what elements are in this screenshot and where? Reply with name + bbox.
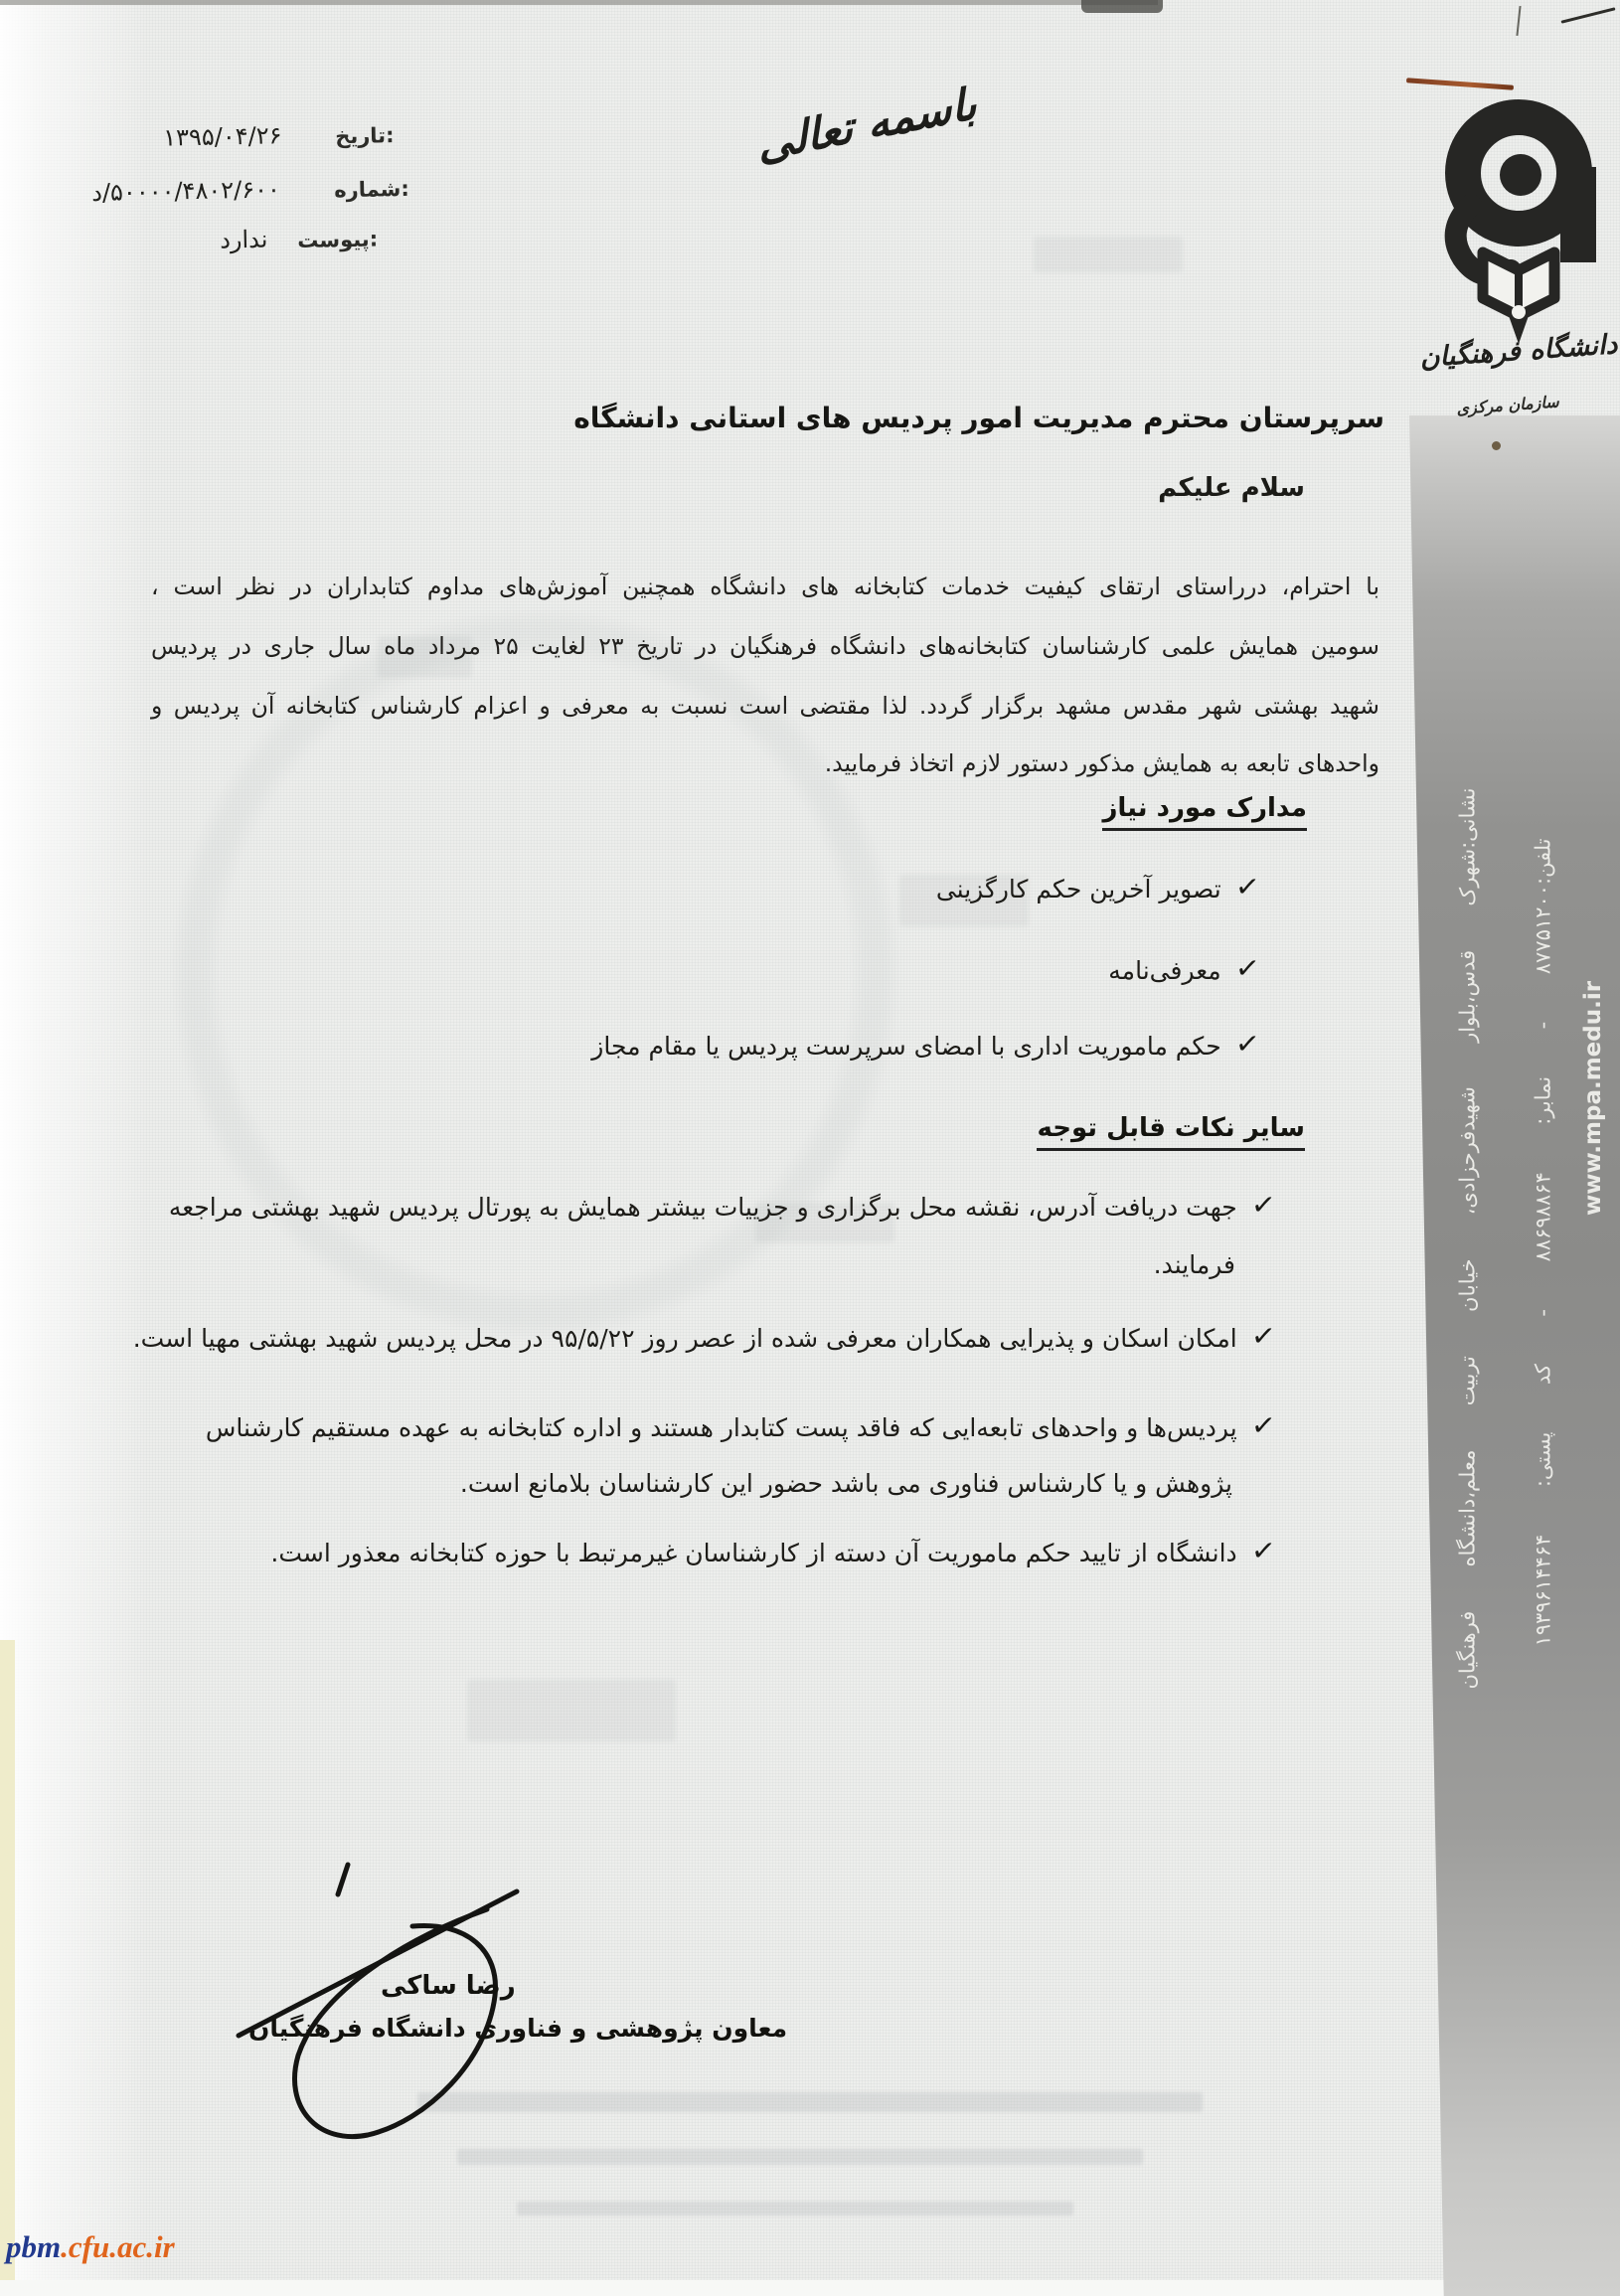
corner-scan-streak <box>1516 6 1521 36</box>
org-website: www.mpa.medu.ir <box>1578 1021 1608 1216</box>
watermark-suffix: .cfu.ac.ir <box>61 2229 175 2264</box>
checkmark-icon: ✓ <box>1249 1190 1276 1221</box>
doc-item-3: ✓ حکم ماموریت اداری با امضای سرپرست پردی… <box>591 1030 1259 1064</box>
number-value: ۵۰۰۰۰/۴۸۰۲/۶۰۰/د <box>91 175 280 207</box>
handwritten-signature <box>199 1847 616 2165</box>
scan-left-yellow-edge <box>0 1640 15 2296</box>
checkmark-icon: ✓ <box>1249 1536 1276 1566</box>
note-3-line-2: پژوهش و یا کارشناس فناوری می باشد حضور ا… <box>460 1469 1232 1498</box>
checkmark-icon: ✓ <box>1233 953 1260 984</box>
note-3-line-1: پردیس‌ها و واحدهای تابعه‌ایی که فاقد پست… <box>206 1411 1237 1445</box>
note-2-text: امکان اسکان و پذیرایی همکاران معرفی شده … <box>133 1322 1237 1356</box>
bleed-through-text-line <box>517 2202 1073 2215</box>
section-required-docs-title: مدارک مورد نیاز <box>1102 793 1307 831</box>
doc-item-2: ✓ معرفی‌نامه <box>1108 954 1259 988</box>
date-value: ۱۳۹۵/۰۴/۲۶ <box>163 121 282 151</box>
section-other-notes-title: سایر نکات قابل توجه <box>1037 1113 1305 1151</box>
checkmark-icon: ✓ <box>1249 1410 1276 1441</box>
note-1: ✓ جهت دریافت آدرس، نقشه محل برگزاری و جز… <box>169 1191 1275 1225</box>
salutation: سلام علیکم <box>1158 473 1305 503</box>
attachment-label: پیوست: <box>297 227 378 252</box>
signer-name: رضا ساکی <box>381 1971 516 2001</box>
note-3: ✓ پردیس‌ها و واحدهای تابعه‌ایی که فاقد پ… <box>206 1411 1275 1445</box>
site-watermark: pbm.cfu.ac.ir <box>6 2229 175 2265</box>
signer-title: معاون پژوهشی و فناوری دانشگاه فرهنگیان <box>248 2014 787 2043</box>
date-label: تاریخ: <box>335 123 395 148</box>
watermark-prefix: pbm <box>6 2229 61 2264</box>
doc-item-2-text: معرفی‌نامه <box>1108 954 1220 988</box>
checkmark-icon: ✓ <box>1249 1321 1276 1352</box>
number-label: شماره: <box>334 177 409 202</box>
org-phone-fax-postal: تلفن:۸۷۷۵۱۲۰۰ - نمابر: ۸۸۶۹۸۸۶۴ - کد پست… <box>1529 839 1558 1647</box>
checkmark-icon: ✓ <box>1233 1029 1260 1060</box>
paper-fleck <box>1492 441 1501 450</box>
note-4: ✓ دانشگاه از تایید حکم ماموریت آن دسته ا… <box>270 1537 1275 1570</box>
scan-left-edge <box>0 0 169 2296</box>
note-1-line-2: فرمایند. <box>1154 1250 1235 1279</box>
checkmark-icon: ✓ <box>1233 872 1260 902</box>
scan-artifact <box>467 1680 676 1741</box>
scan-artifact <box>1034 237 1183 272</box>
corner-pen-mark <box>1560 7 1615 23</box>
besmele-calligraphy: باسمه تعالی <box>733 74 1007 235</box>
note-1-line-1: جهت دریافت آدرس، نقشه محل برگزاری و جزیی… <box>169 1191 1237 1225</box>
scan-top-blob <box>1081 0 1163 13</box>
body-line-3: شهید بهشتی شهر مقدس مشهد برگزار گردد. لذ… <box>151 692 1379 736</box>
scanned-letter-page: نشانی:شهرک قدس،بلوار شهیدفرحزادی، خیابان… <box>0 0 1620 2296</box>
attachment-value: ندارد <box>220 226 268 254</box>
doc-item-3-text: حکم ماموریت اداری با امضای سرپرست پردیس … <box>591 1030 1220 1064</box>
body-line-2: سومین همایش علمی کارشناسان کتابخانه‌های … <box>151 632 1379 676</box>
note-4-text: دانشگاه از تایید حکم ماموریت آن دسته از … <box>270 1537 1236 1570</box>
body-line-4: واحدهای تابعه به همایش مذکور دستور لازم … <box>151 749 1379 793</box>
doc-item-1: ✓ تصویر آخرین حکم کارگزینی <box>936 873 1259 906</box>
letter-header-block: تاریخ: ۱۳۹۵/۰۴/۲۶ شماره: ۵۰۰۰۰/۴۸۰۲/۶۰۰/… <box>0 0 598 304</box>
recipient-line: سرپرستان محترم مدیریت امور پردیس های است… <box>573 402 1384 434</box>
scan-bottom-edge <box>0 2280 1620 2296</box>
university-logo <box>1427 87 1608 348</box>
university-logo-graphic <box>1427 87 1608 348</box>
doc-item-1-text: تصویر آخرین حکم کارگزینی <box>936 873 1221 906</box>
org-address: نشانی:شهرک قدس،بلوار شهیدفرحزادی، خیابان… <box>1453 788 1483 1690</box>
body-line-1: با احترام، درراستای ارتقای کیفیت خدمات ک… <box>151 573 1379 616</box>
right-address-band <box>1409 415 1620 2296</box>
note-2: ✓ امکان اسکان و پذیرایی همکاران معرفی شد… <box>133 1322 1275 1356</box>
